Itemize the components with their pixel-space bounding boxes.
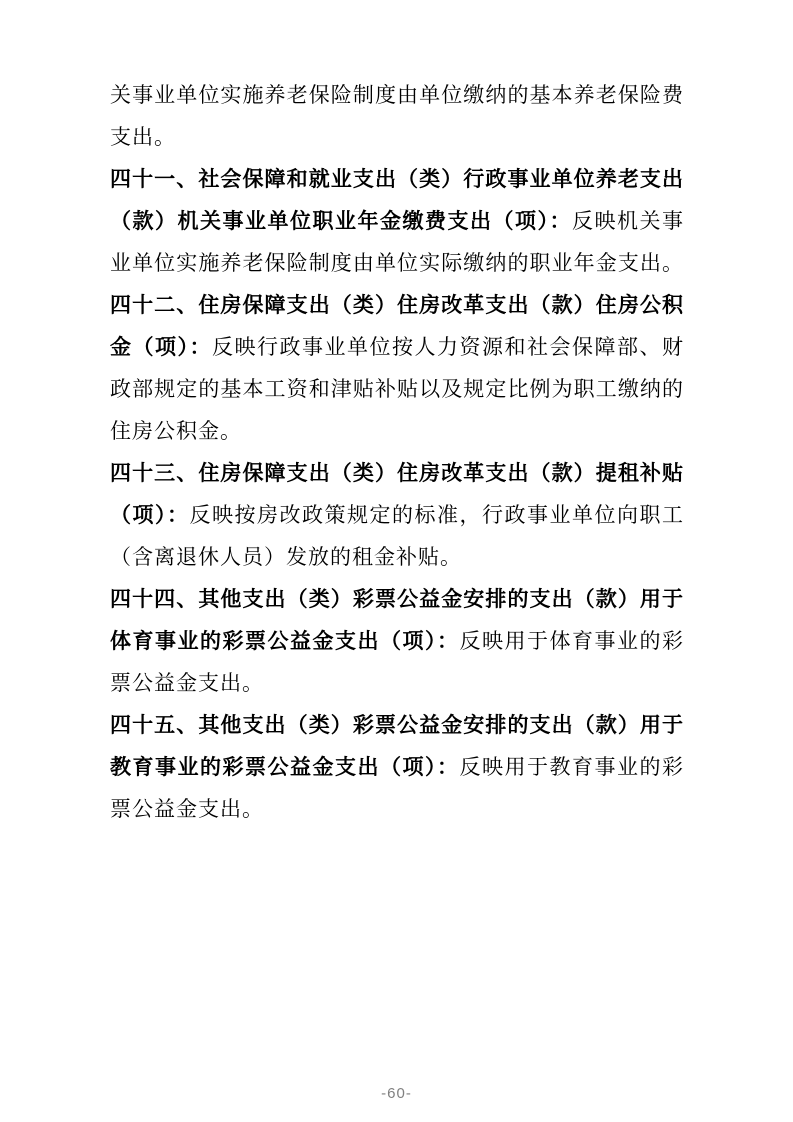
text-line: 政部规定的基本工资和津贴补贴以及规定比例为职工缴纳的 [110, 368, 684, 410]
body-text-segment: 反映机关事 [572, 209, 684, 233]
text-line: 四十三、住房保障支出（类）住房改革支出（款）提租补贴 [110, 452, 684, 494]
text-line: 住房公积金。 [110, 410, 684, 452]
heading-text-segment: （项）： [110, 504, 190, 527]
heading-text-segment: 四十二、住房保障支出（类）住房改革支出（款）住房公积 [110, 294, 684, 317]
text-line: 业单位实施养老保险制度由单位实际缴纳的职业年金支出。 [110, 242, 684, 284]
body-text-segment: 反映用于体育事业的彩 [460, 629, 685, 653]
paragraph-item-42: 四十二、住房保障支出（类）住房改革支出（款）住房公积金（项）：反映行政事业单位按… [110, 284, 684, 452]
heading-text-segment: （款）机关事业单位职业年金缴费支出（项）： [110, 210, 572, 233]
text-line: （含离退休人员）发放的租金补贴。 [110, 536, 684, 578]
text-line: （项）：反映按房改政策规定的标准，行政事业单位向职工 [110, 494, 684, 536]
body-text-segment: 票公益金支出。 [110, 671, 264, 695]
text-line: 四十一、社会保障和就业支出（类）行政事业单位养老支出 [110, 158, 684, 200]
body-text-segment: 政部规定的基本工资和津贴补贴以及规定比例为职工缴纳的 [110, 377, 684, 401]
text-line: 支出。 [110, 116, 684, 158]
text-line: （款）机关事业单位职业年金缴费支出（项）：反映机关事 [110, 200, 684, 242]
document-page: 关事业单位实施养老保险制度由单位缴纳的基本养老保险费支出。四十一、社会保障和就业… [0, 0, 793, 1122]
paragraph-item-40-continuation: 关事业单位实施养老保险制度由单位缴纳的基本养老保险费支出。 [110, 74, 684, 158]
page-body-text: 关事业单位实施养老保险制度由单位缴纳的基本养老保险费支出。四十一、社会保障和就业… [110, 74, 684, 830]
text-line: 四十五、其他支出（类）彩票公益金安排的支出（款）用于 [110, 704, 684, 746]
text-line: 金（项）：反映行政事业单位按人力资源和社会保障部、财 [110, 326, 684, 368]
heading-text-segment: 四十四、其他支出（类）彩票公益金安排的支出（款）用于 [110, 588, 684, 611]
heading-text-segment: 四十一、社会保障和就业支出（类）行政事业单位养老支出 [110, 168, 684, 191]
body-text-segment: （含离退休人员）发放的租金补贴。 [110, 545, 462, 569]
text-line: 票公益金支出。 [110, 662, 684, 704]
body-text-segment: 反映按房改政策规定的标准，行政事业单位向职工 [190, 503, 685, 527]
body-text-segment: 支出。 [110, 125, 176, 149]
text-line: 四十四、其他支出（类）彩票公益金安排的支出（款）用于 [110, 578, 684, 620]
paragraph-item-45: 四十五、其他支出（类）彩票公益金安排的支出（款）用于教育事业的彩票公益金支出（项… [110, 704, 684, 830]
heading-text-segment: 体育事业的彩票公益金支出（项）： [110, 630, 460, 653]
body-text-segment: 业单位实施养老保险制度由单位实际缴纳的职业年金支出。 [110, 251, 684, 275]
body-text-segment: 反映行政事业单位按人力资源和社会保障部、财 [212, 335, 684, 359]
paragraph-item-43: 四十三、住房保障支出（类）住房改革支出（款）提租补贴（项）：反映按房改政策规定的… [110, 452, 684, 578]
paragraph-item-44: 四十四、其他支出（类）彩票公益金安排的支出（款）用于体育事业的彩票公益金支出（项… [110, 578, 684, 704]
heading-text-segment: 金（项）： [110, 336, 212, 359]
page-number: -60- [0, 1083, 793, 1105]
text-line: 四十二、住房保障支出（类）住房改革支出（款）住房公积 [110, 284, 684, 326]
heading-text-segment: 教育事业的彩票公益金支出（项）： [110, 756, 460, 779]
text-line: 票公益金支出。 [110, 788, 684, 830]
body-text-segment: 住房公积金。 [110, 419, 242, 443]
text-line: 关事业单位实施养老保险制度由单位缴纳的基本养老保险费 [110, 74, 684, 116]
body-text-segment: 反映用于教育事业的彩 [460, 755, 685, 779]
text-line: 体育事业的彩票公益金支出（项）：反映用于体育事业的彩 [110, 620, 684, 662]
text-line: 教育事业的彩票公益金支出（项）：反映用于教育事业的彩 [110, 746, 684, 788]
body-text-segment: 关事业单位实施养老保险制度由单位缴纳的基本养老保险费 [110, 83, 684, 107]
body-text-segment: 票公益金支出。 [110, 797, 264, 821]
paragraph-item-41: 四十一、社会保障和就业支出（类）行政事业单位养老支出（款）机关事业单位职业年金缴… [110, 158, 684, 284]
heading-text-segment: 四十三、住房保障支出（类）住房改革支出（款）提租补贴 [110, 462, 684, 485]
heading-text-segment: 四十五、其他支出（类）彩票公益金安排的支出（款）用于 [110, 714, 684, 737]
